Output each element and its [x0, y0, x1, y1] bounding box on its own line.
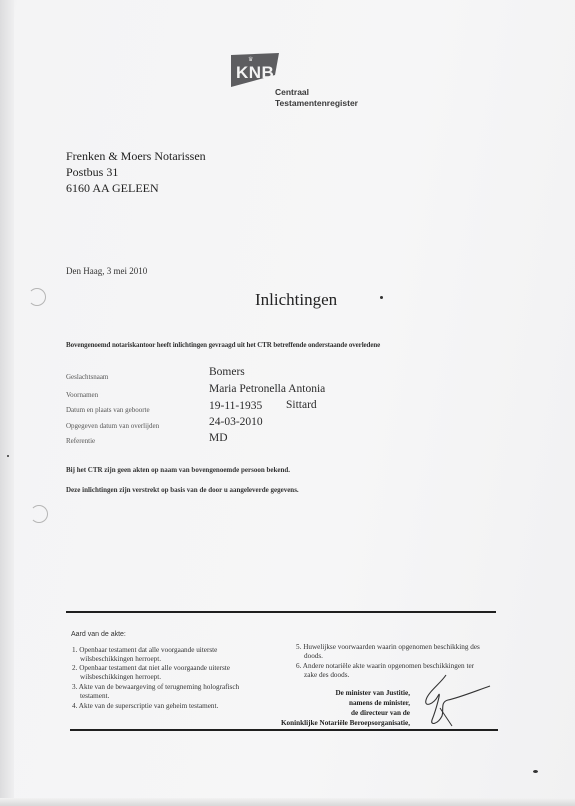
footer-top-rule [66, 611, 496, 613]
logo-line-1: Centraal [275, 87, 309, 97]
deed-type-item: 4. Akte van de superscriptie van geheim … [72, 702, 218, 711]
deed-type-item: 5. Huwelijkse voorwaarden waarin opgenom… [296, 643, 480, 661]
letter-date: Den Haag, 3 mei 2010 [66, 266, 147, 276]
deed-type-item: 2. Openbaar testament dat niet alle voor… [72, 664, 230, 682]
logo-line-2: Testamentenregister [275, 98, 358, 108]
signature-line: de directeur van de [351, 709, 410, 717]
footer-heading: Aard van de akte: [71, 631, 126, 638]
field-value-death: 24-03-2010 [209, 416, 263, 428]
field-label-death: Opgegeven datum van overlijden [66, 422, 159, 430]
field-label-firstnames: Voornamen [66, 391, 98, 399]
field-label-birth: Datum en plaats van geboorte [66, 406, 150, 414]
ink-speck [533, 770, 538, 773]
signature-line: De minister van Justitie, [335, 689, 410, 697]
page-title: Inlichtingen [255, 290, 337, 310]
punch-hole-icon [28, 288, 46, 306]
deed-type-item: 1. Openbaar testament dat alle voorgaand… [72, 646, 217, 664]
ink-speck [7, 455, 9, 457]
field-value-reference: MD [209, 432, 228, 444]
intro-text: Bovengenoemd notariskantoor heeft inlich… [66, 341, 380, 349]
recipient-city: 6160 AA GELEEN [66, 181, 159, 196]
ink-speck [380, 296, 383, 299]
recipient-postbus: Postbus 31 [66, 165, 118, 180]
deed-type-item: 3. Akte van de bewaargeving of terugnemi… [72, 683, 239, 701]
logo-mark: KNB [236, 63, 274, 83]
crown-icon: ♛ [248, 56, 253, 63]
field-value-firstnames: Maria Petronella Antonia [209, 383, 325, 395]
scanned-document-page: ♛ KNB Centraal Testamentenregister Frenk… [0, 0, 575, 806]
field-value-surname: Bomers [209, 366, 245, 378]
field-value-birthdate: 19-11-1935 [209, 400, 262, 412]
note-basis: Deze inlichtingen zijn verstrekt op basi… [66, 486, 299, 494]
signature-line: namens de minister, [349, 699, 410, 707]
punch-hole-icon [30, 505, 48, 523]
note-no-deeds: Bij het CTR zijn geen akten op naam van … [66, 466, 290, 474]
recipient-name: Frenken & Moers Notarissen [66, 149, 206, 164]
field-value-birthplace: Sittard [286, 399, 317, 411]
footer-bottom-rule [70, 729, 498, 731]
field-label-surname: Geslachtsnaam [66, 373, 108, 381]
signature-line: Koninklijke Notariële Beroepsorganisatie… [281, 719, 410, 727]
field-label-reference: Referentie [66, 437, 95, 445]
handwritten-signature-icon [418, 670, 498, 730]
